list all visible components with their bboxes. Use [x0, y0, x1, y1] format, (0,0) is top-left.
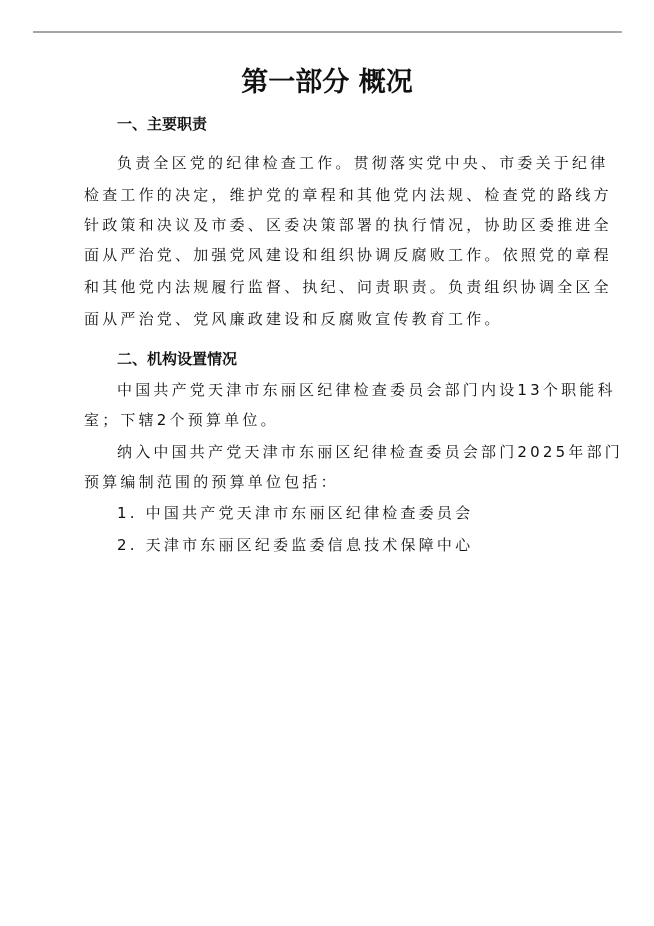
org-line-3: 纳入中国共产党天津市东丽区纪律检查委员会部门2025年部门 [117, 441, 623, 462]
budget-unit-item-1: 1. 中国共产党天津市东丽区纪律检查委员会 [117, 502, 473, 523]
org-line-4: 预算编制范围的预算单位包括： [84, 471, 339, 492]
page-title: 第一部分 概况 [0, 60, 654, 99]
org-line-1: 中国共产党天津市东丽区纪律检查委员会部门内设13个职能科 [117, 379, 616, 400]
duties-line-1: 负责全区党的纪律检查工作。贯彻落实党中央、市委关于纪律 [117, 152, 608, 173]
duties-line-5: 和其他党内法规履行监督、执纪、问责职责。负责组织协调全区全 [84, 276, 612, 297]
header-rule [33, 31, 622, 33]
budget-unit-item-2: 2. 天津市东丽区纪委监委信息技术保障中心 [117, 534, 473, 555]
section-heading-organization: 二、机构设置情况 [117, 348, 237, 369]
section-heading-duties: 一、主要职责 [117, 113, 207, 134]
duties-line-6: 面从严治党、党风廉政建设和反腐败宣传教育工作。 [84, 308, 503, 329]
duties-line-4: 面从严治党、加强党风建设和组织协调反腐败工作。依照党的章程 [84, 244, 612, 265]
duties-line-2: 检查工作的决定，维护党的章程和其他党内法规、检查党的路线方 [84, 184, 612, 205]
org-line-2: 室；下辖2个预算单位。 [84, 409, 279, 430]
duties-line-3: 针政策和决议及市委、区委决策部署的执行情况，协助区委推进全 [84, 214, 612, 235]
